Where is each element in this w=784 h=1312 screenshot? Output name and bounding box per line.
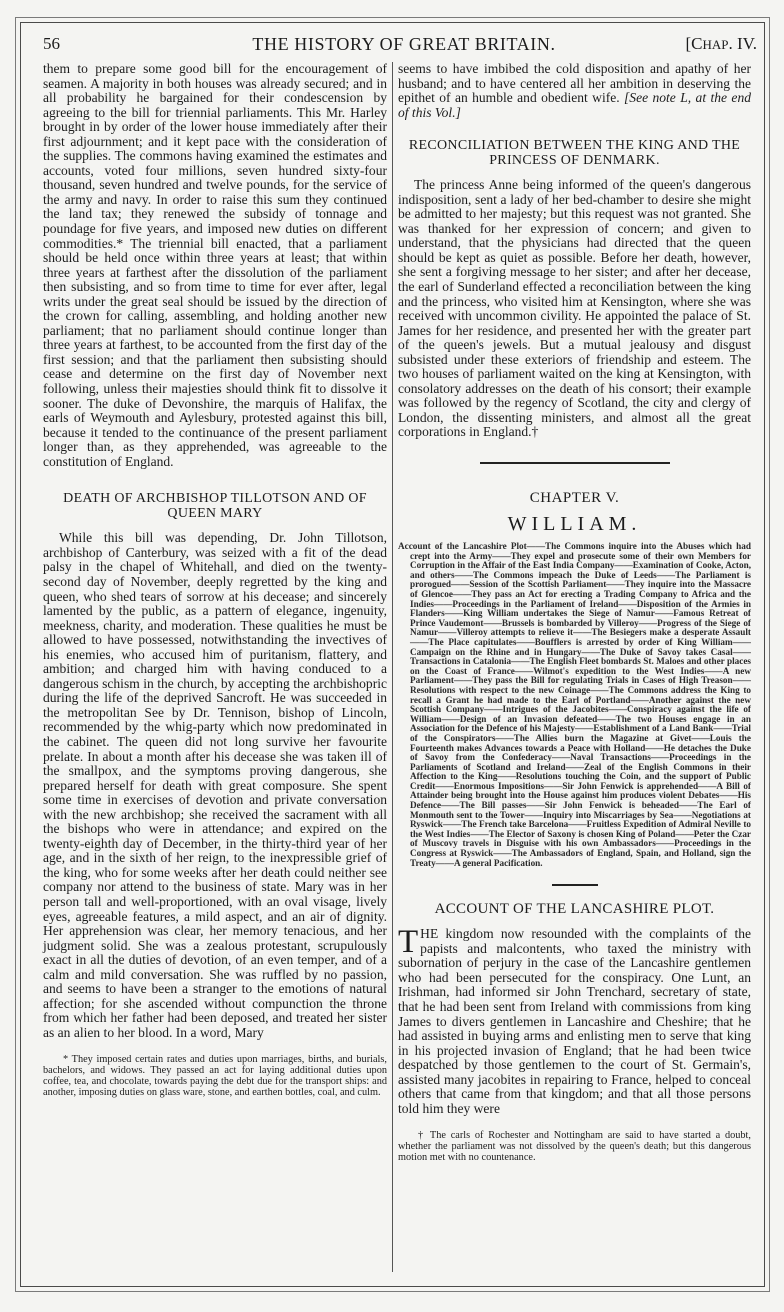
right-column: seems to have imbibed the cold dispositi… [398,62,751,1163]
chapter-label: CHAPTER V. [398,490,751,507]
divider-rule-short [552,884,598,886]
paragraph-triennial-bill: them to prepare some good bill for the e… [43,62,387,469]
section-heading-lancashire-plot: ACCOUNT OF THE LANCASHIRE PLOT. [398,902,751,917]
chapter-title: WILLIAM. [398,513,751,536]
drop-cap: T [398,929,418,955]
section-heading-tillotson: DEATH OF ARCHBISHOP TILLOTSON AND OF QUE… [43,491,387,521]
chapter-ref-prefix: [C [685,34,702,53]
footnote-duties: * They imposed certain rates and duties … [43,1054,387,1098]
chapter-reference: [CHAP. IV. [685,34,757,54]
left-column: them to prepare some good bill for the e… [43,62,387,1098]
chapter-ref-smallcaps: HAP [702,37,728,52]
footnote-rochester: † The carls of Rochester and Nottingham … [398,1130,751,1163]
chapter-synopsis: Account of the Lancashire Plot——The Comm… [398,542,751,868]
column-divider [392,62,393,1272]
paragraph-text: HE kingdom now resounded with the compla… [398,926,751,1116]
running-head: 56 THE HISTORY OF GREAT BRITAIN. [CHAP. … [43,32,765,58]
running-title: THE HISTORY OF GREAT BRITAIN. [43,34,765,55]
divider-rule [480,462,670,464]
paragraph-princess-anne: The princess Anne being informed of the … [398,178,751,440]
chapter-ref-suffix: . IV. [729,34,758,53]
section-heading-reconciliation: RECONCILIATION BETWEEN THE KING AND THE … [398,138,751,168]
paragraph-mary-continued: seems to have imbibed the cold dispositi… [398,62,751,120]
paragraph-death-of-mary: While this bill was depending, Dr. John … [43,531,387,1040]
paragraph-lancashire-plot: THE kingdom now resounded with the compl… [398,927,751,1116]
